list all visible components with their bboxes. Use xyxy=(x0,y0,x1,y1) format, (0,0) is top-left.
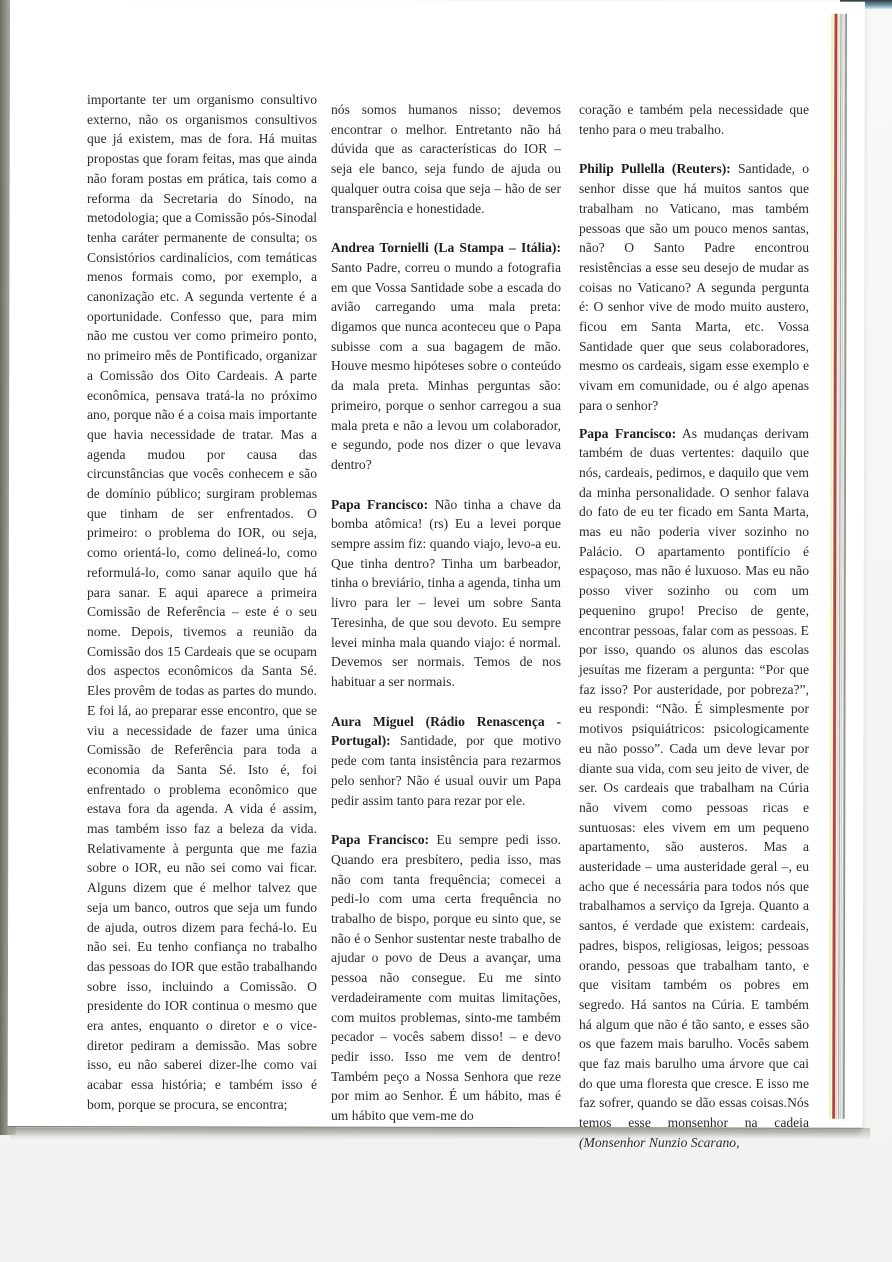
paragraph-text: importante ter um organismo consultivo e… xyxy=(87,92,317,1112)
question-text: Santo Padre, correu o mundo a fotografia… xyxy=(331,260,561,472)
speaker-name: Philip Pullella (Reuters): xyxy=(579,161,731,176)
answer-text: Não tinha a chave da bomba atômica! (rs)… xyxy=(331,497,561,689)
speaker-name: Papa Francisco: xyxy=(331,832,429,847)
interview-question: Andrea Tornielli (La Stampa – Itália): S… xyxy=(331,238,561,474)
speaker-name: Papa Francisco: xyxy=(331,497,428,512)
interview-question: Philip Pullella (Reuters): Santidade, o … xyxy=(579,159,809,415)
question-text: Santidade, o senhor disse que há muitos … xyxy=(579,161,809,412)
paragraph: coração e também pela necessidade que te… xyxy=(579,100,809,139)
spacer xyxy=(331,692,561,712)
speaker-name: Andrea Tornielli (La Stampa – Itália): xyxy=(331,240,561,255)
spacer xyxy=(579,139,809,159)
speaker-name: Papa Francisco: xyxy=(579,426,676,441)
answer-text: Eu sempre pedi isso. Quando era presbíte… xyxy=(331,832,561,1123)
spacer xyxy=(331,810,561,830)
spacer xyxy=(579,416,809,424)
paragraph: nós somos humanos nisso; devemos encontr… xyxy=(331,100,561,218)
italic-aside: (Monsenhor Nunzio Scarano, xyxy=(579,1135,739,1150)
paragraph-text: coração e também pela necessidade que te… xyxy=(579,102,809,137)
text-column-1: importante ter um organismo consultivo e… xyxy=(87,90,317,1115)
answer-text: As mudanças derivam também de duas verte… xyxy=(579,426,809,1131)
interview-question: Aura Miguel (Rádio Renascença - Portugal… xyxy=(331,712,561,811)
paragraph-text: nós somos humanos nisso; devemos encontr… xyxy=(331,102,561,216)
paragraph: importante ter um organismo consultivo e… xyxy=(87,90,317,1115)
text-column-3: coração e também pela necessidade que te… xyxy=(579,100,809,1153)
text-column-2: nós somos humanos nisso; devemos encontr… xyxy=(331,100,561,1126)
interview-answer: Papa Francisco: Eu sempre pedi isso. Qua… xyxy=(331,830,561,1126)
interview-answer: Papa Francisco: Não tinha a chave da bom… xyxy=(331,495,561,692)
spacer xyxy=(331,475,561,495)
interview-answer: Papa Francisco: As mudanças derivam tamb… xyxy=(579,424,809,1153)
spacer xyxy=(331,218,561,238)
page-stack-edges xyxy=(829,14,847,1119)
